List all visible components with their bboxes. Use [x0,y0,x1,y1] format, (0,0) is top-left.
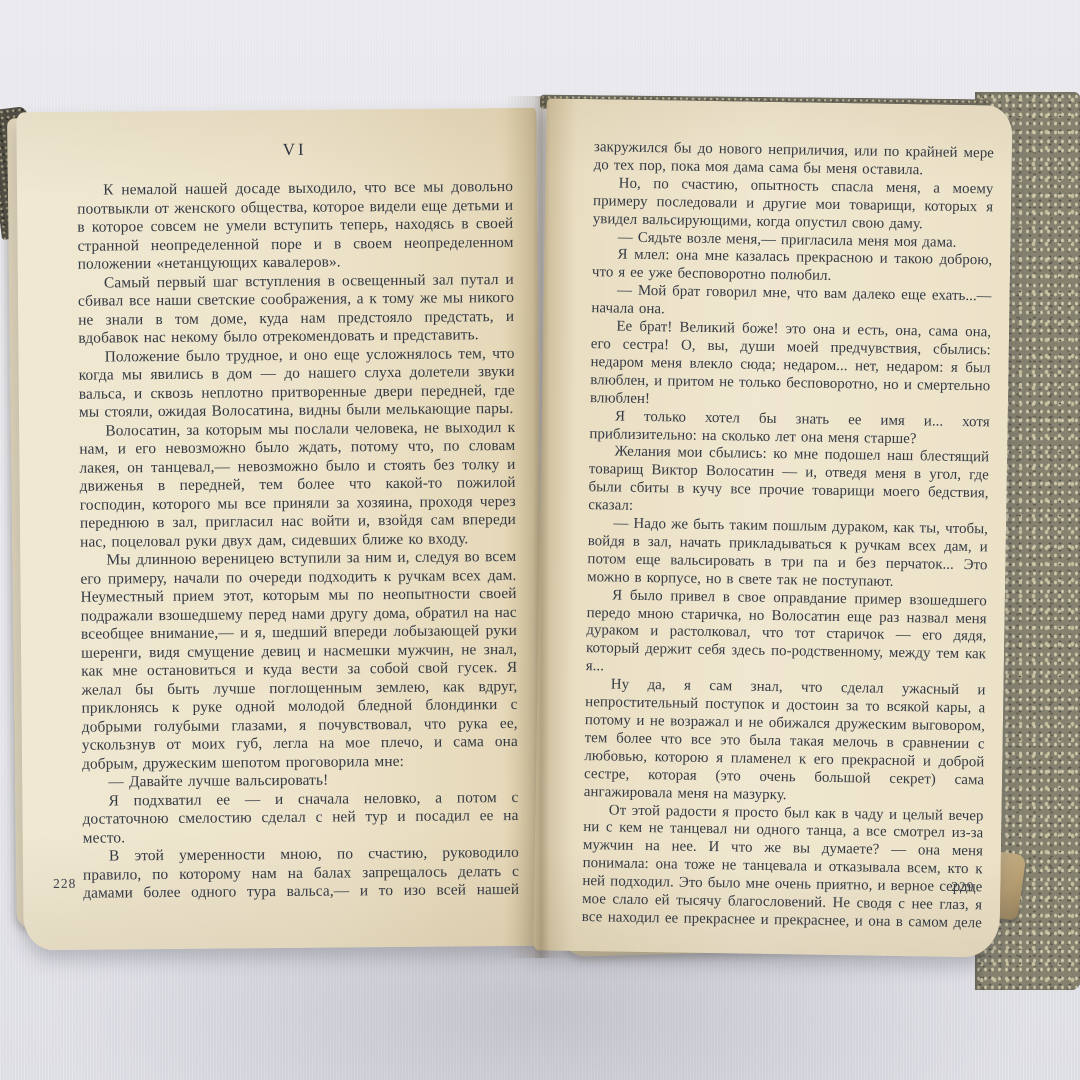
book-photo-scene: VI К немалой нашей досаде выходило, что … [0,0,1080,1080]
paragraph: От этой радости я просто был как в чаду … [582,802,984,934]
paragraph: закружился бы до нового неприличия, или … [594,139,995,181]
paragraph: Желания мои сбылись: ко мне подошел наш … [588,444,989,522]
right-page-text: закружился бы до нового неприличия, или … [582,139,994,933]
paragraph: Волосатин, за которым мы послали человек… [79,418,516,551]
paragraph: К немалой нашей досаде выходило, что все… [77,178,514,274]
left-page: VI К немалой нашей досаде выходило, что … [16,108,543,951]
paragraph: Самый первый шаг вступления в освещенный… [78,270,515,348]
page-number-left: 228 [53,876,76,892]
chapter-heading: VI [77,138,513,162]
paragraph: Я подхватил ее — и сначала неловко, а по… [82,788,518,847]
paragraph: — Надо же быть таким пошлым дураком, как… [587,515,988,593]
right-page: закружился бы до нового неприличия, или … [533,98,1012,957]
left-page-text: К немалой нашей досаде выходило, что все… [77,178,519,906]
paragraph: В этой умеренности мною, по счастию, рук… [83,844,519,906]
paragraph: Ну да, я сам знал, что сделал ужасный и … [584,676,986,808]
paragraph: Мы длинною вереницею вступили за ним и, … [80,548,518,774]
paragraph: Но, по счастию, опытность спасла меня, а… [593,175,994,235]
paragraph: Ее брат! Великий боже! это она и есть, о… [590,318,991,414]
paragraph: Я было привел в свое оправдание пример в… [586,587,987,683]
paragraph: Положение было трудное, и оно еще усложн… [78,344,515,422]
page-number-right: 229 [951,879,974,895]
